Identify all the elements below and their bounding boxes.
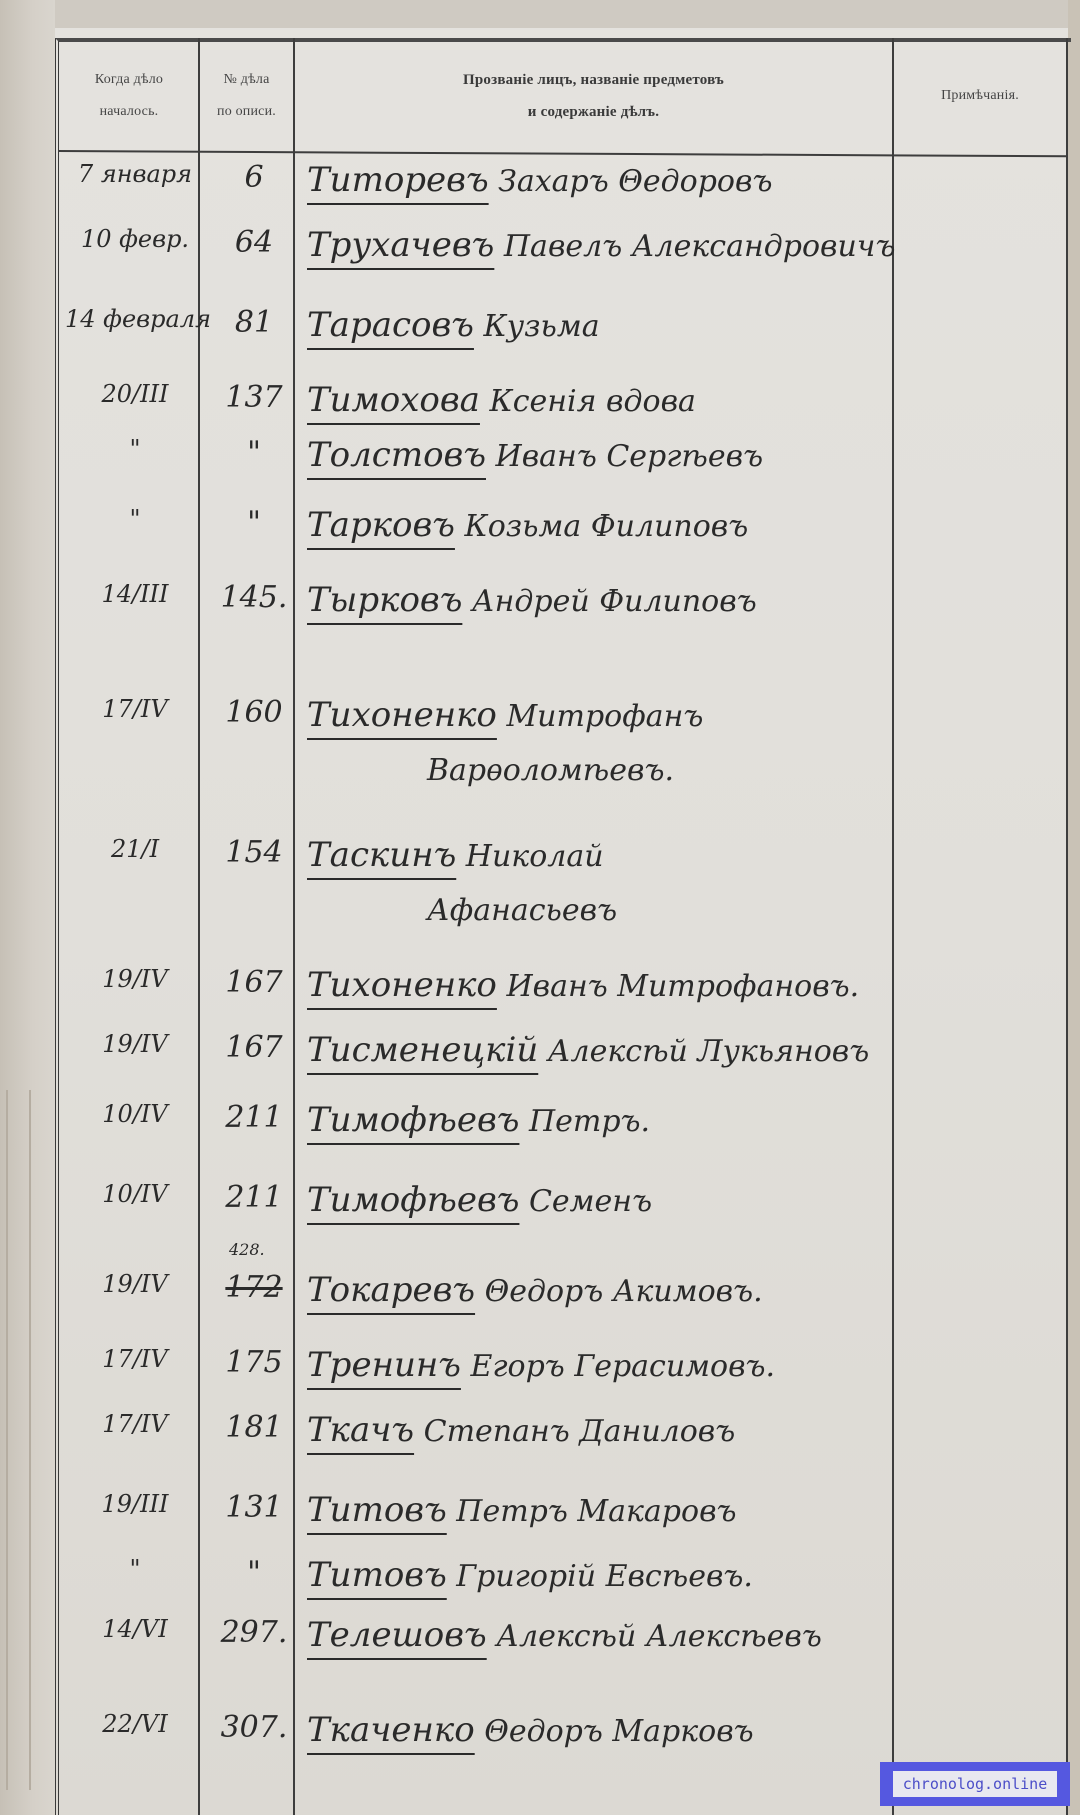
case-number-cell: 160 (209, 695, 299, 730)
given-names: Захаръ Θедоровъ (498, 164, 772, 199)
table-row: 17/IV 175 Тренинъ Егоръ Герасимовъ. (59, 1345, 1069, 1405)
table-row: 14/VI 297. Телешовъ Алексѣй Алексѣевъ (59, 1615, 1069, 1675)
date-cell: 21/I (65, 835, 205, 863)
watermark-text: chronolog.online (893, 1771, 1058, 1797)
surname: Тихоненко (307, 695, 497, 735)
case-number-cell: 211 (209, 1100, 299, 1135)
table-row: " " Титовъ Григорій Евсѣевъ. (59, 1555, 1069, 1615)
name-cell: Тисменецкій Алексѣй Лукьяновъ (307, 1030, 1067, 1070)
given-names: Алексѣй Лукьяновъ (548, 1034, 869, 1069)
name-cell: Ткачъ Степанъ Даниловъ (307, 1410, 1067, 1450)
name-cell: Титоревъ Захаръ Θедоровъ (307, 160, 1067, 200)
name-cell: Тимофѣевъ Петръ. (307, 1100, 1067, 1140)
name-cell: Тимофѣевъ Семенъ (307, 1180, 1067, 1220)
given-names: Иванъ Сергѣевъ (496, 439, 764, 474)
date-cell: 22/VI (65, 1710, 205, 1738)
surname: Тимофѣевъ (307, 1100, 519, 1140)
date-cell: 17/IV (65, 695, 205, 723)
case-number-cell: 297. (209, 1615, 299, 1650)
case-number-cell: 145. (209, 580, 299, 615)
given-names: Степанъ Даниловъ (424, 1414, 736, 1449)
table-row: 19/IV 167 Тисменецкій Алексѣй Лукьяновъ (59, 1030, 1069, 1090)
date-cell: 10 февр. (65, 225, 205, 253)
table-row: 21/I 154 Таскинъ НиколайАфанасьевъ (59, 835, 1069, 955)
table-row: 14 февраля 81 Тарасовъ Кузьма (59, 305, 1069, 365)
table-row: 19/IV 167 Тихоненко Иванъ Митрофановъ. (59, 965, 1069, 1025)
left-page-margin (0, 0, 55, 1815)
corrected-case-number: 428. (229, 1240, 265, 1259)
header-number-line1: № дѣла (224, 64, 270, 96)
case-number-cell: 181 (209, 1410, 299, 1445)
given-names: Кузьма (484, 309, 600, 344)
name-cell: Трухачевъ Павелъ Александровичъ (307, 225, 1067, 265)
date-cell: 17/IV (65, 1410, 205, 1438)
header-date-line1: Когда дѣло (95, 64, 163, 96)
surname: Титоревъ (307, 160, 489, 200)
name-cell: Таскинъ НиколайАфанасьевъ (307, 835, 1067, 875)
date-cell: 17/IV (65, 1345, 205, 1373)
table-row: " " Толстовъ Иванъ Сергѣевъ (59, 435, 1069, 495)
table-row: 10/IV 211 Тимофѣевъ Петръ. (59, 1100, 1069, 1160)
date-cell: 19/IV (65, 1270, 205, 1298)
given-names: Андрей Филиповъ (472, 584, 757, 619)
name-cell: Токаревъ Θедоръ Акимовъ. (307, 1270, 1067, 1310)
case-number-cell: 167 (209, 1030, 299, 1065)
name-cell: Тырковъ Андрей Филиповъ (307, 580, 1067, 620)
name-cell: Тарковъ Козьма Филиповъ (307, 505, 1067, 545)
surname: Тисменецкій (307, 1030, 538, 1070)
given-names: Павелъ Александровичъ (504, 229, 896, 264)
name-cell: Тихоненко Иванъ Митрофановъ. (307, 965, 1067, 1005)
name-cell: Тарасовъ Кузьма (307, 305, 1067, 345)
struck-case-number: 172 (225, 1270, 282, 1305)
given-names: Митрофанъ (506, 699, 703, 734)
name-continuation: Варѳоломѣевъ. (427, 753, 674, 788)
name-cell: Телешовъ Алексѣй Алексѣевъ (307, 1615, 1067, 1655)
surname: Тренинъ (307, 1345, 461, 1385)
date-cell: 19/III (65, 1490, 205, 1518)
given-names: Ксенія вдова (490, 384, 696, 419)
given-names: Егоръ Герасимовъ. (470, 1349, 775, 1384)
table-row: 17/IV 181 Ткачъ Степанъ Даниловъ (59, 1410, 1069, 1470)
table-row: 10 февр. 64 Трухачевъ Павелъ Александров… (59, 225, 1069, 285)
date-cell: 19/IV (65, 1030, 205, 1058)
case-number-cell: 6 (209, 160, 299, 195)
surname: Ткаченко (307, 1710, 475, 1750)
table-row: 14/III 145. Тырковъ Андрей Филиповъ (59, 580, 1069, 640)
surname: Тимохова (307, 380, 480, 420)
name-continuation: Афанасьевъ (427, 893, 617, 928)
case-number-cell: 64 (209, 225, 299, 260)
date-cell: " (65, 505, 205, 533)
given-names: Николай (466, 839, 604, 874)
surname: Ткачъ (307, 1410, 414, 1450)
surname: Тарковъ (307, 505, 455, 545)
date-cell: 14/VI (65, 1615, 205, 1643)
table-row: 19/III 131 Титовъ Петръ Макаровъ (59, 1490, 1069, 1550)
table-row: 10/IV 211 Тимофѣевъ Семенъ (59, 1180, 1069, 1240)
date-cell: 19/IV (65, 965, 205, 993)
case-number-cell: 428.172 (209, 1270, 299, 1305)
date-cell: 14 февраля (65, 305, 205, 333)
table-row: 7 января 6 Титоревъ Захаръ Θедоровъ (59, 160, 1069, 220)
date-cell: 10/IV (65, 1100, 205, 1128)
surname: Титовъ (307, 1555, 447, 1595)
surname: Токаревъ (307, 1270, 475, 1310)
table-row: " " Тарковъ Козьма Филиповъ (59, 505, 1069, 565)
case-number-cell: " (209, 505, 299, 540)
date-cell: " (65, 435, 205, 463)
case-number-cell: 211 (209, 1180, 299, 1215)
surname: Телешовъ (307, 1615, 487, 1655)
header-date-line2: началось. (100, 96, 159, 128)
header-date: Когда дѣло началось. (60, 42, 198, 150)
surname: Трухачевъ (307, 225, 494, 265)
case-number-cell: 81 (209, 305, 299, 340)
given-names: Петръ. (529, 1104, 650, 1139)
name-cell: Титовъ Петръ Макаровъ (307, 1490, 1067, 1530)
header-names-line1: Прозваніе лицъ, названіе предметовъ (463, 64, 724, 96)
case-number-cell: 131 (209, 1490, 299, 1525)
surname: Тырковъ (307, 580, 462, 620)
date-cell: 10/IV (65, 1180, 205, 1208)
case-number-cell: " (209, 1555, 299, 1590)
header-notes-line1: Примѣчанія. (941, 80, 1019, 112)
date-cell: " (65, 1555, 205, 1583)
date-cell: 14/III (65, 580, 205, 608)
given-names: Семенъ (529, 1184, 652, 1219)
name-cell: Тихоненко МитрофанъВарѳоломѣевъ. (307, 695, 1067, 735)
case-number-cell: 137 (209, 380, 299, 415)
table-row: 17/IV 160 Тихоненко МитрофанъВарѳоломѣев… (59, 695, 1069, 815)
case-number-cell: 167 (209, 965, 299, 1000)
given-names: Θедоръ Марковъ (484, 1714, 753, 1749)
header-notes: Примѣчанія. (894, 42, 1066, 150)
name-cell: Тимохова Ксенія вдова (307, 380, 1067, 420)
table-row: 19/IV 428.172 Токаревъ Θедоръ Акимовъ. (59, 1270, 1069, 1330)
page-edge-line (6, 1090, 8, 1790)
case-number-cell: " (209, 435, 299, 470)
table-row: 22/VI 307. Ткаченко Θедоръ Марковъ (59, 1710, 1069, 1770)
date-cell: 7 января (65, 160, 205, 188)
case-number-cell: 154 (209, 835, 299, 870)
surname: Таскинъ (307, 835, 456, 875)
date-cell: 20/III (65, 380, 205, 408)
case-number-cell: 307. (209, 1710, 299, 1745)
surname: Тихоненко (307, 965, 497, 1005)
given-names: Иванъ Митрофановъ. (506, 969, 859, 1004)
given-names: Козьма Филиповъ (464, 509, 748, 544)
given-names: Григорій Евсѣевъ. (456, 1559, 753, 1594)
surname: Тарасовъ (307, 305, 474, 345)
header-names: Прозваніе лицъ, названіе предметовъ и со… (295, 42, 892, 150)
header-number: № дѣла по описи. (200, 42, 293, 150)
given-names: Θедоръ Акимовъ. (485, 1274, 763, 1309)
watermark-badge: chronolog.online (880, 1762, 1070, 1806)
name-cell: Тренинъ Егоръ Герасимовъ. (307, 1345, 1067, 1385)
surname: Титовъ (307, 1490, 447, 1530)
case-number-cell: 175 (209, 1345, 299, 1380)
given-names: Алексѣй Алексѣевъ (496, 1619, 822, 1654)
surname: Толстовъ (307, 435, 486, 475)
surname: Тимофѣевъ (307, 1180, 519, 1220)
name-cell: Ткаченко Θедоръ Марковъ (307, 1710, 1067, 1750)
page-edge-line (29, 1090, 31, 1790)
table-row: 20/III 137 Тимохова Ксенія вдова (59, 380, 1069, 440)
name-cell: Толстовъ Иванъ Сергѣевъ (307, 435, 1067, 475)
header-names-line2: и содержаніе дѣлъ. (528, 96, 659, 128)
name-cell: Титовъ Григорій Евсѣевъ. (307, 1555, 1067, 1595)
given-names: Петръ Макаровъ (456, 1494, 736, 1529)
header-number-line2: по описи. (217, 96, 276, 128)
